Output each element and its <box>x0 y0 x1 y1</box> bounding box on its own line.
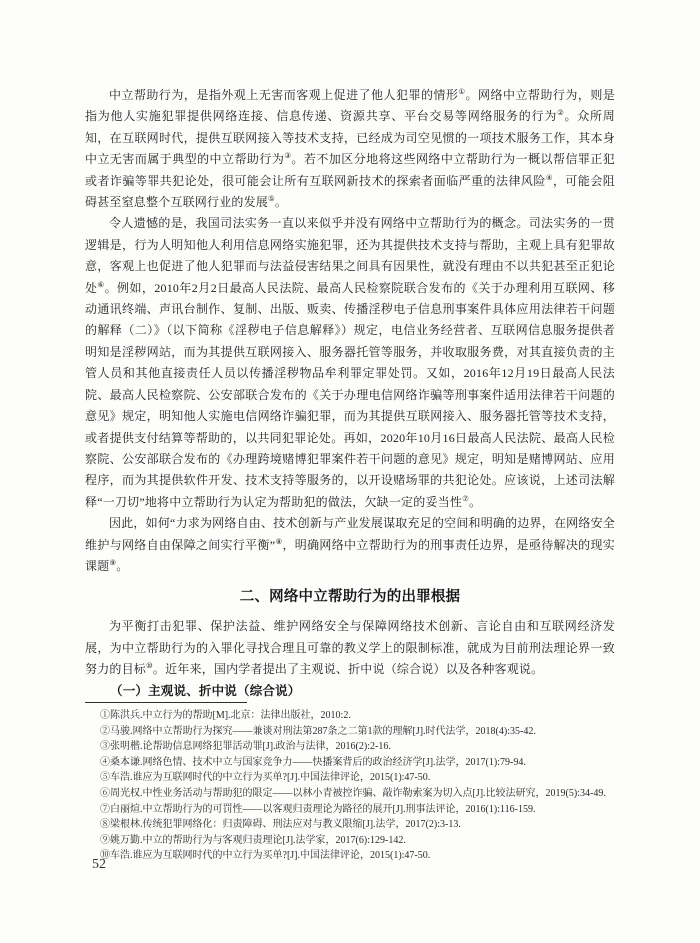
footnote-item-6: ⑥周光权.中性业务活动与帮助犯的限定——以林小青被控诈骗、敲诈勒索案为切入点[J… <box>85 786 630 802</box>
section-paragraph: 为平衡打击犯罪、保护法益、维护网络安全与保障网络技术创新、言论自由和互联网经济发… <box>85 616 615 680</box>
intro-paragraph-3: 因此，如何“力求为网络自由、技术创新与产业发展谋取充足的空间和明确的边界，在网络… <box>85 513 615 577</box>
footnote-item-10: ⑩车浩.谁应为互联网时代的中立行为买单?[J].中国法律评论，2015(1):4… <box>85 848 630 864</box>
journal-page: 中立帮助行为，是指外观上无害而客观上促进了他人犯罪的情形①。网络中立帮助行为，则… <box>0 0 700 943</box>
footnote-item-1: ①陈洪兵.中立行为的帮助[M].北京：法律出版社，2010:2. <box>85 708 630 724</box>
section-heading: 二、网络中立帮助行为的出罪根据 <box>85 586 615 608</box>
footnote-item-3: ③张明楷.论帮助信息网络犯罪活动罪[J].政治与法律，2016(2):2-16. <box>85 739 630 755</box>
subsection-heading: （一）主观说、折中说（综合说） <box>85 681 615 701</box>
footnote-item-9: ⑨姚万勤.中立的帮助行为与客观归责理论[J].法学家，2017(6):129-1… <box>85 833 630 849</box>
footnote-item-4: ④桑本谦.网络色情、技术中立与国家竞争力——快播案背后的政治经济学[J].法学，… <box>85 755 630 771</box>
intro-paragraph-1: 中立帮助行为，是指外观上无害而客观上促进了他人犯罪的情形①。网络中立帮助行为，则… <box>85 85 615 213</box>
article-body: 中立帮助行为，是指外观上无害而客观上促进了他人犯罪的情形①。网络中立帮助行为，则… <box>85 85 615 701</box>
intro-paragraph-2: 令人遗憾的是，我国司法实务一直以来似乎并没有网络中立帮助行为的概念。司法实务的一… <box>85 213 615 513</box>
footnote-divider <box>85 702 247 703</box>
footnote-item-7: ⑦白丽煊.中立帮助行为的可罚性——以客观归责理论为路径的展开[J].刑事法评论，… <box>85 802 630 818</box>
footnote-item-2: ②马骏.网络中立帮助行为探究——兼谈对刑法第287条之二第1款的理解[J].时代… <box>85 724 630 740</box>
footnote-list: ①陈洪兵.中立行为的帮助[M].北京：法律出版社，2010:2. ②马骏.网络中… <box>85 708 630 864</box>
footnote-item-8: ⑧梁根林.传统犯罪网络化：归责障碍、刑法应对与教义限缩[J].法学，2017(2… <box>85 817 630 833</box>
page-number: 52 <box>92 857 106 873</box>
footnote-item-5: ⑤车浩.谁应为互联网时代的中立行为买单?[J].中国法律评论，2015(1):4… <box>85 770 630 786</box>
